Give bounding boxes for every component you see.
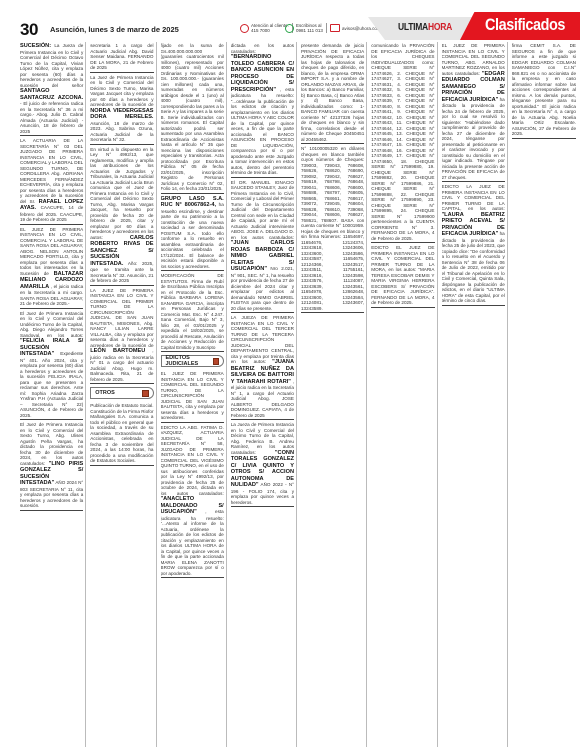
brand-logo: ULTIMAHORA (398, 22, 452, 33)
notice-tail: ha dictado la providencia de fecha 25 de… (442, 231, 505, 303)
notice-text: El Juez de Primera Instancia en lo Civil… (20, 311, 83, 338)
classified-notice: EDICTO LA JUEZ DE PRIMERA INSTANCIA EN L… (442, 183, 505, 306)
classified-notice: EL JUEZ DE PRIMERA INSTANCIA EN LO CIVIL… (442, 42, 505, 182)
classified-notice: presente demanda de juicio PRIVACIÓN DE … (301, 42, 364, 144)
brand-hora: HORA (428, 22, 452, 33)
notice-tail: , esta judicatura ha resuelto: "...Atent… (161, 509, 224, 576)
notice-tail: , esta judicatura ha resuelto: "...ordén… (231, 87, 294, 176)
classified-notice: dictada en los autos caratulados: "BERNA… (231, 42, 294, 178)
notice-tail: Nro 2.021, N° 901, SEC. N° 1, ha resuelt… (231, 266, 294, 311)
column-5: presente demanda de juicio PRIVACIÓN DE … (301, 42, 367, 747)
column-6: comunicando la PRIVACIÓN DE EFICACIA JUR… (371, 42, 437, 747)
notice-text: Publicación de Estatuto Social. Constitu… (90, 403, 153, 463)
classified-notice: GRUPO LASO S.A. RUC N° 80067862-4, ha re… (161, 195, 224, 272)
notice-text: presente demanda de juicio PRIVACIÓN DE … (301, 43, 364, 142)
classified-notice: comunicando la PRIVACIÓN DE EFICACIA JUR… (371, 42, 434, 243)
notice-text: EDICTO LA ABG. FATIMA D. VAZQUEZ, ACTUAR… (161, 425, 224, 496)
page-header: 30 Asunción, lunes 3 de marzo de 2025 At… (0, 0, 580, 40)
classified-notice: EL JUEZ DE PRIMERA INSTANCIA EN LO CIVIL… (20, 226, 83, 309)
section-badge-label: EDICTOS JUDICIALES (166, 355, 213, 367)
classified-notice: El Juez de Primera Instancia en lo Civil… (20, 421, 83, 511)
classified-notice: LA JUEZ DE PRIMERA INSTANCIA EN LO CIVIL… (90, 287, 153, 385)
notice-text: EL JUEZ DE PRIMERA INSTANCIA EN LO CIVIL… (161, 371, 224, 420)
classified-notice: LA JUEZA DE PRIMERA INSTANCIA EN LO CIVI… (231, 314, 294, 420)
mail-icon (330, 24, 340, 32)
contact-whatsapp[interactable]: Escribinos al0981 111 013 (285, 21, 327, 35)
page-number: 30 (20, 20, 38, 40)
page-date: Asunción, lunes 3 de marzo de 2025 (50, 25, 179, 34)
notice-tail: Expediente N° 401. Año 2024, cita y empl… (20, 351, 83, 418)
phone-icon (240, 24, 249, 33)
notice-text: fijado en la suma de Gs.400.000.000.000 … (161, 43, 224, 191)
classified-notice: EDICTO LA ABG. FATIMA D. VAZQUEZ, ACTUAR… (161, 424, 224, 579)
notice-text: En virtud a lo dispuesto en la Ley N° 49… (90, 147, 153, 240)
classified-notice: EDICTO EL JUEZ DE PRIMERA INSTANCIA EN L… (371, 244, 434, 308)
classifieds-columns: SUCESIÓN: La Jueza de Primera Instancia … (20, 42, 578, 747)
notice-tail: Asunción, 16 de marzo de 2023. Abg. Sabr… (90, 121, 153, 143)
notice-tail: ha dictado la providencia de fecha 24 de… (442, 97, 505, 180)
classified-notice: firma CEMIT S.A. DE SEGUROS a fin de que… (512, 42, 576, 139)
notice-name: NORDA VIEDERGESAS DORA MERELES. (90, 108, 153, 121)
classified-notice: La Jueza de Primera Instancia en lo Civi… (231, 421, 294, 507)
classified-notice: MODIFICACIÓN DE ESTATUTOS. Firma de Rubí… (161, 272, 224, 352)
classified-notice: En virtud a lo dispuesto en la Ley N° 49… (90, 146, 153, 286)
document-icon (142, 390, 149, 397)
notice-text: El DR. MANUEL IGNACIO SAUCEDO STANLEY, J… (231, 180, 294, 240)
classified-notice: El Juez de Primera Instancia en lo Civil… (20, 310, 83, 421)
notice-text: MODIFICACIÓN DE ESTATUTOS. Firma de Rubí… (161, 273, 224, 350)
notice-text: secretaria 1 a cargo del Actuario Judici… (90, 43, 153, 70)
classified-notice: La Juez de Primera Instancia en lo Civil… (90, 74, 153, 145)
contact-value: 415 7000 (251, 28, 270, 33)
column-7: EL JUEZ DE PRIMERA INSTANCIA EN LO CIVIL… (442, 42, 508, 747)
classified-notice: EL JUEZ DE PRIMERA INSTANCIA EN LO CIVIL… (161, 370, 224, 423)
notice-text: LA JUEZA DE PRIMERA INSTANCIA EN LO CIVI… (231, 315, 294, 364)
column-2: secretaria 1 a cargo del Actuario Judici… (90, 42, 156, 747)
notice-name: LEÓN BARTOMEU (90, 348, 145, 354)
notice-text: LA JUEZ DE PRIMERA INSTANCIA EN LO CIVIL… (90, 288, 153, 348)
classified-notice: LA ACTUARIA DE LA SECRETARÍA N° 03 DEL J… (20, 137, 83, 225)
notice-text: EDICTO LA JUEZ DE PRIMERA INSTANCIA EN L… (442, 184, 505, 211)
classified-notice: Publicación de Estatuto Social. Constitu… (90, 402, 153, 466)
notice-text: N° 10100005320 en dólares cheques en bla… (301, 146, 364, 311)
classified-notice: N° 10100005320 en dólares cheques en bla… (301, 145, 364, 313)
brand-ultima: ULTIMA (398, 22, 428, 33)
notice-text: EDICTO EL JUEZ DE PRIMERA INSTANCIA EN L… (371, 245, 434, 305)
notice-text: LA ACTUARIA DE LA SECRETARÍA N° 03 DEL J… (20, 138, 83, 204)
notice-text: El Juez de Primera Instancia en lo Civil… (20, 422, 83, 466)
column-3: fijado en la suma de Gs.400.000.000.000 … (161, 42, 227, 747)
notice-name: "LAURA BEATRIZ PRIETO ACEVAL S/ PRIVACIÓ… (442, 212, 505, 238)
notice-name: GRUPO LASO S.A. RUC N° 80067862-4, (161, 196, 224, 209)
contact-value: 0981 111 013 (296, 28, 323, 33)
notice-text: comunicando la PRIVACIÓN DE EFICACIA JUR… (371, 43, 434, 241)
notice-text: La Juez de Primera Instancia en lo Civil… (90, 75, 153, 108)
notice-tail: , el juicio radica en la Secretaría N° 1… (231, 379, 294, 418)
notice-tail: ha resuelto escindirse, y destinar parte… (161, 202, 224, 269)
notice-text: La Jueza de Primera Instancia en lo Civi… (20, 43, 83, 88)
notice-name: SANTIAGO SANTACRUZ AZCONA. (20, 88, 83, 101)
classified-notice: fijado en la suma de Gs.400.000.000.000 … (161, 42, 224, 194)
notice-text: EL JUEZ DE PRIMERA INSTANCIA EN LO CIVIL… (20, 227, 83, 276)
gavel-icon (213, 358, 219, 365)
classified-notice: El DR. MANUEL IGNACIO SAUCEDO STANLEY, J… (231, 179, 294, 314)
section-badge-label: OTROS (95, 390, 115, 396)
section-badge-edictos: EDICTOS JUDICIALES (161, 355, 224, 367)
notice-tail: - El juicio de referencia radica en la S… (20, 101, 83, 134)
section-title: Clasificados (485, 15, 565, 35)
notice-lead: SUCESIÓN: (20, 43, 51, 49)
classified-notice: secretaria 1 a cargo del Actuario Judici… (90, 42, 153, 73)
whatsapp-icon (285, 24, 294, 33)
column-1: SUCESIÓN: La Jueza de Primera Instancia … (20, 42, 86, 747)
notice-text: dictada en los autos caratulados: (231, 43, 294, 54)
column-8: firma CEMIT S.A. DE SEGUROS a fin de que… (512, 42, 578, 747)
column-4: dictada en los autos caratulados: "BERNA… (231, 42, 297, 747)
section-badge-otros: OTROS (90, 387, 153, 399)
classified-notice: SUCESIÓN: La Jueza de Primera Instancia … (20, 42, 83, 136)
notice-text: firma CEMIT S.A. DE SEGUROS a fin de que… (512, 43, 576, 136)
